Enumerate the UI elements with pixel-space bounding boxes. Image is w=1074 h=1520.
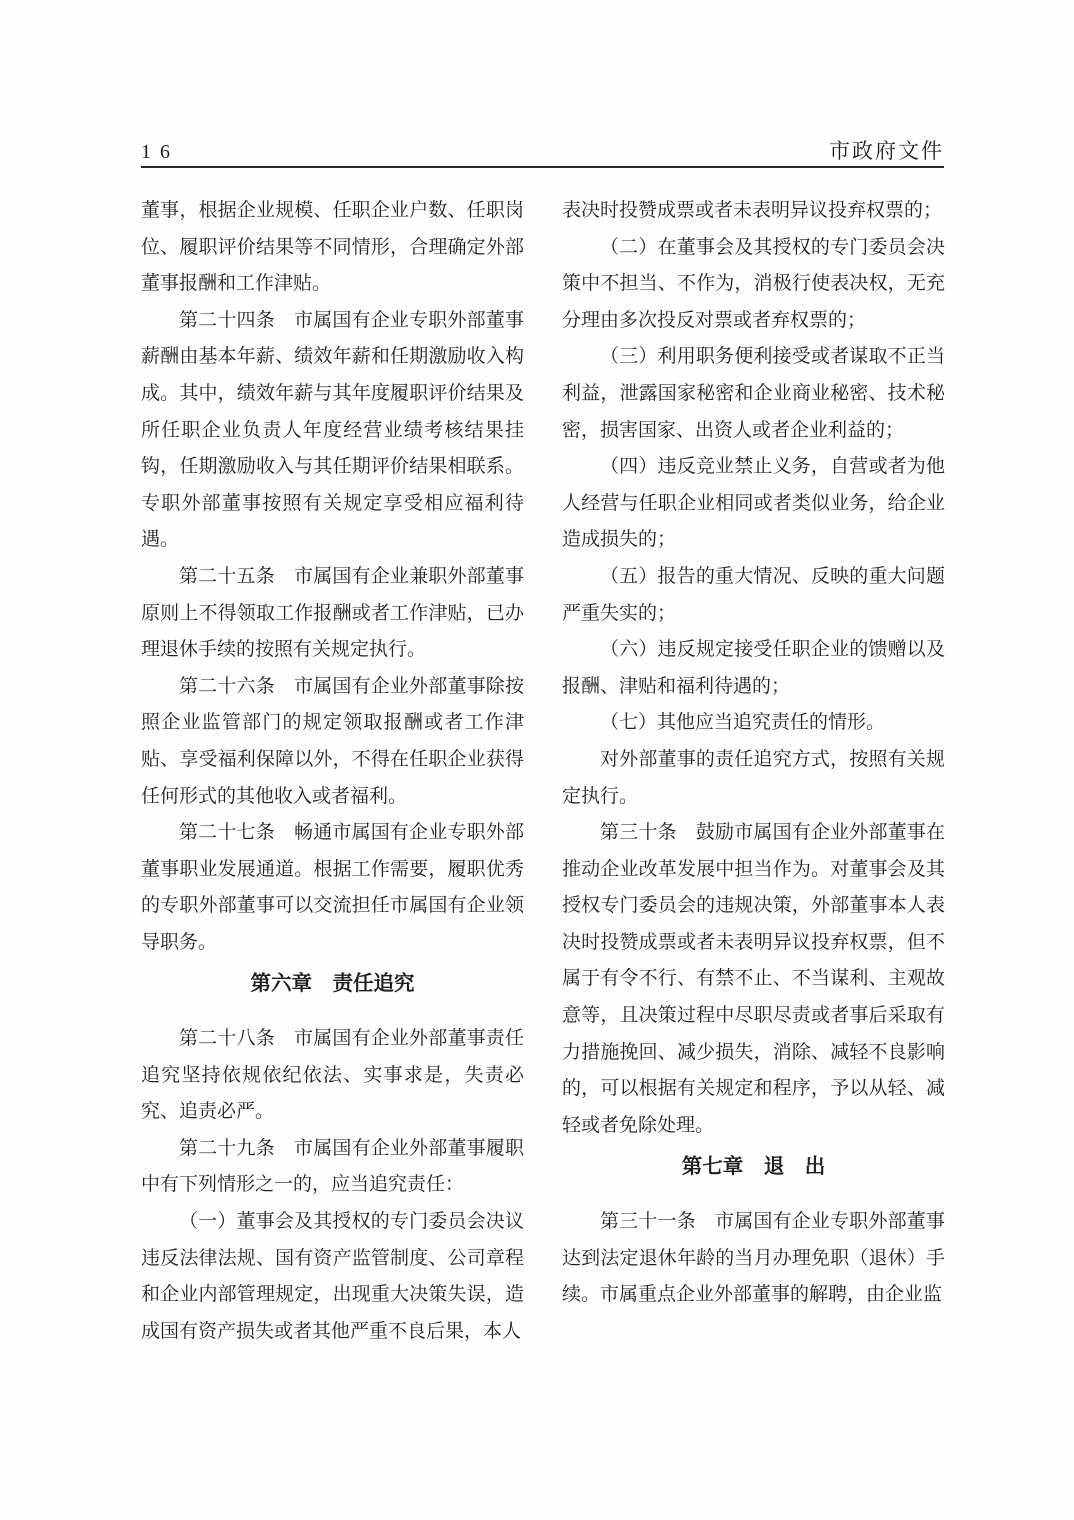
paragraph: （六）违反规定接受任职企业的馈赠以及报酬、津贴和福利待遇的； <box>562 632 945 705</box>
paragraph: （二）在董事会及其授权的专门委员会决策中不担当、不作为，消极行使表决权，无充分理… <box>562 230 945 340</box>
paragraph: 第二十八条 市属国有企业外部董事责任追究坚持依规依纪依法、实事求是，失责必究、追… <box>141 1021 524 1131</box>
paragraph: （七）其他应当追究责任的情形。 <box>562 705 945 742</box>
paragraph: 第三十条 鼓励市属国有企业外部董事在推动企业改革发展中担当作为。对董事会及其授权… <box>562 815 945 1144</box>
page-header: 16 市政府文件 <box>141 130 944 168</box>
paragraph: （四）违反竞业禁止义务，自营或者为他人经营与任职企业相同或者类似业务，给企业造成… <box>562 449 945 559</box>
left-column: 董事，根据企业规模、任职企业户数、任职岗位、履职评价结果等不同情形，合理确定外部… <box>141 193 524 1350</box>
paragraph: 表决时投赞成票或者未表明异议投弃权票的； <box>562 193 945 230</box>
paragraph: 第二十九条 市属国有企业外部董事履职中有下列情形之一的，应当追究责任： <box>141 1131 524 1204</box>
page-number: 16 <box>141 142 179 162</box>
document-page: 16 市政府文件 董事，根据企业规模、任职企业户数、任职岗位、履职评价结果等不同… <box>0 0 1074 1520</box>
paragraph: 对外部董事的责任追究方式，按照有关规定执行。 <box>562 742 945 815</box>
paragraph: 第二十七条 畅通市属国有企业专职外部董事职业发展通道。根据工作需要，履职优秀的专… <box>141 815 524 961</box>
paragraph: 董事，根据企业规模、任职企业户数、任职岗位、履职评价结果等不同情形，合理确定外部… <box>141 193 524 303</box>
paragraph: 第三十一条 市属国有企业专职外部董事达到法定退休年龄的当月办理免职（退休）手续。… <box>562 1204 945 1314</box>
chapter-heading: 第六章 责任追究 <box>141 966 524 1003</box>
paragraph: （三）利用职务便利接受或者谋取不正当利益，泄露国家秘密和企业商业秘密、技术秘密，… <box>562 339 945 449</box>
document-body: 董事，根据企业规模、任职企业户数、任职岗位、履职评价结果等不同情形，合理确定外部… <box>141 193 945 1350</box>
header-doc-label: 市政府文件 <box>829 141 944 162</box>
paragraph: 第二十五条 市属国有企业兼职外部董事原则上不得领取工作报酬或者工作津贴，已办理退… <box>141 559 524 669</box>
right-column: 表决时投赞成票或者未表明异议投弃权票的；（二）在董事会及其授权的专门委员会决策中… <box>562 193 945 1350</box>
paragraph: 第二十六条 市属国有企业外部董事除按照企业监管部门的规定领取报酬或者工作津贴、享… <box>141 669 524 815</box>
paragraph: （一）董事会及其授权的专门委员会决议违反法律法规、国有资产监管制度、公司章程和企… <box>141 1204 524 1350</box>
paragraph: （五）报告的重大情况、反映的重大问题严重失实的； <box>562 559 945 632</box>
paragraph: 第二十四条 市属国有企业专职外部董事薪酬由基本年薪、绩效年薪和任期激励收入构成。… <box>141 303 524 559</box>
chapter-heading: 第七章 退 出 <box>562 1149 945 1186</box>
